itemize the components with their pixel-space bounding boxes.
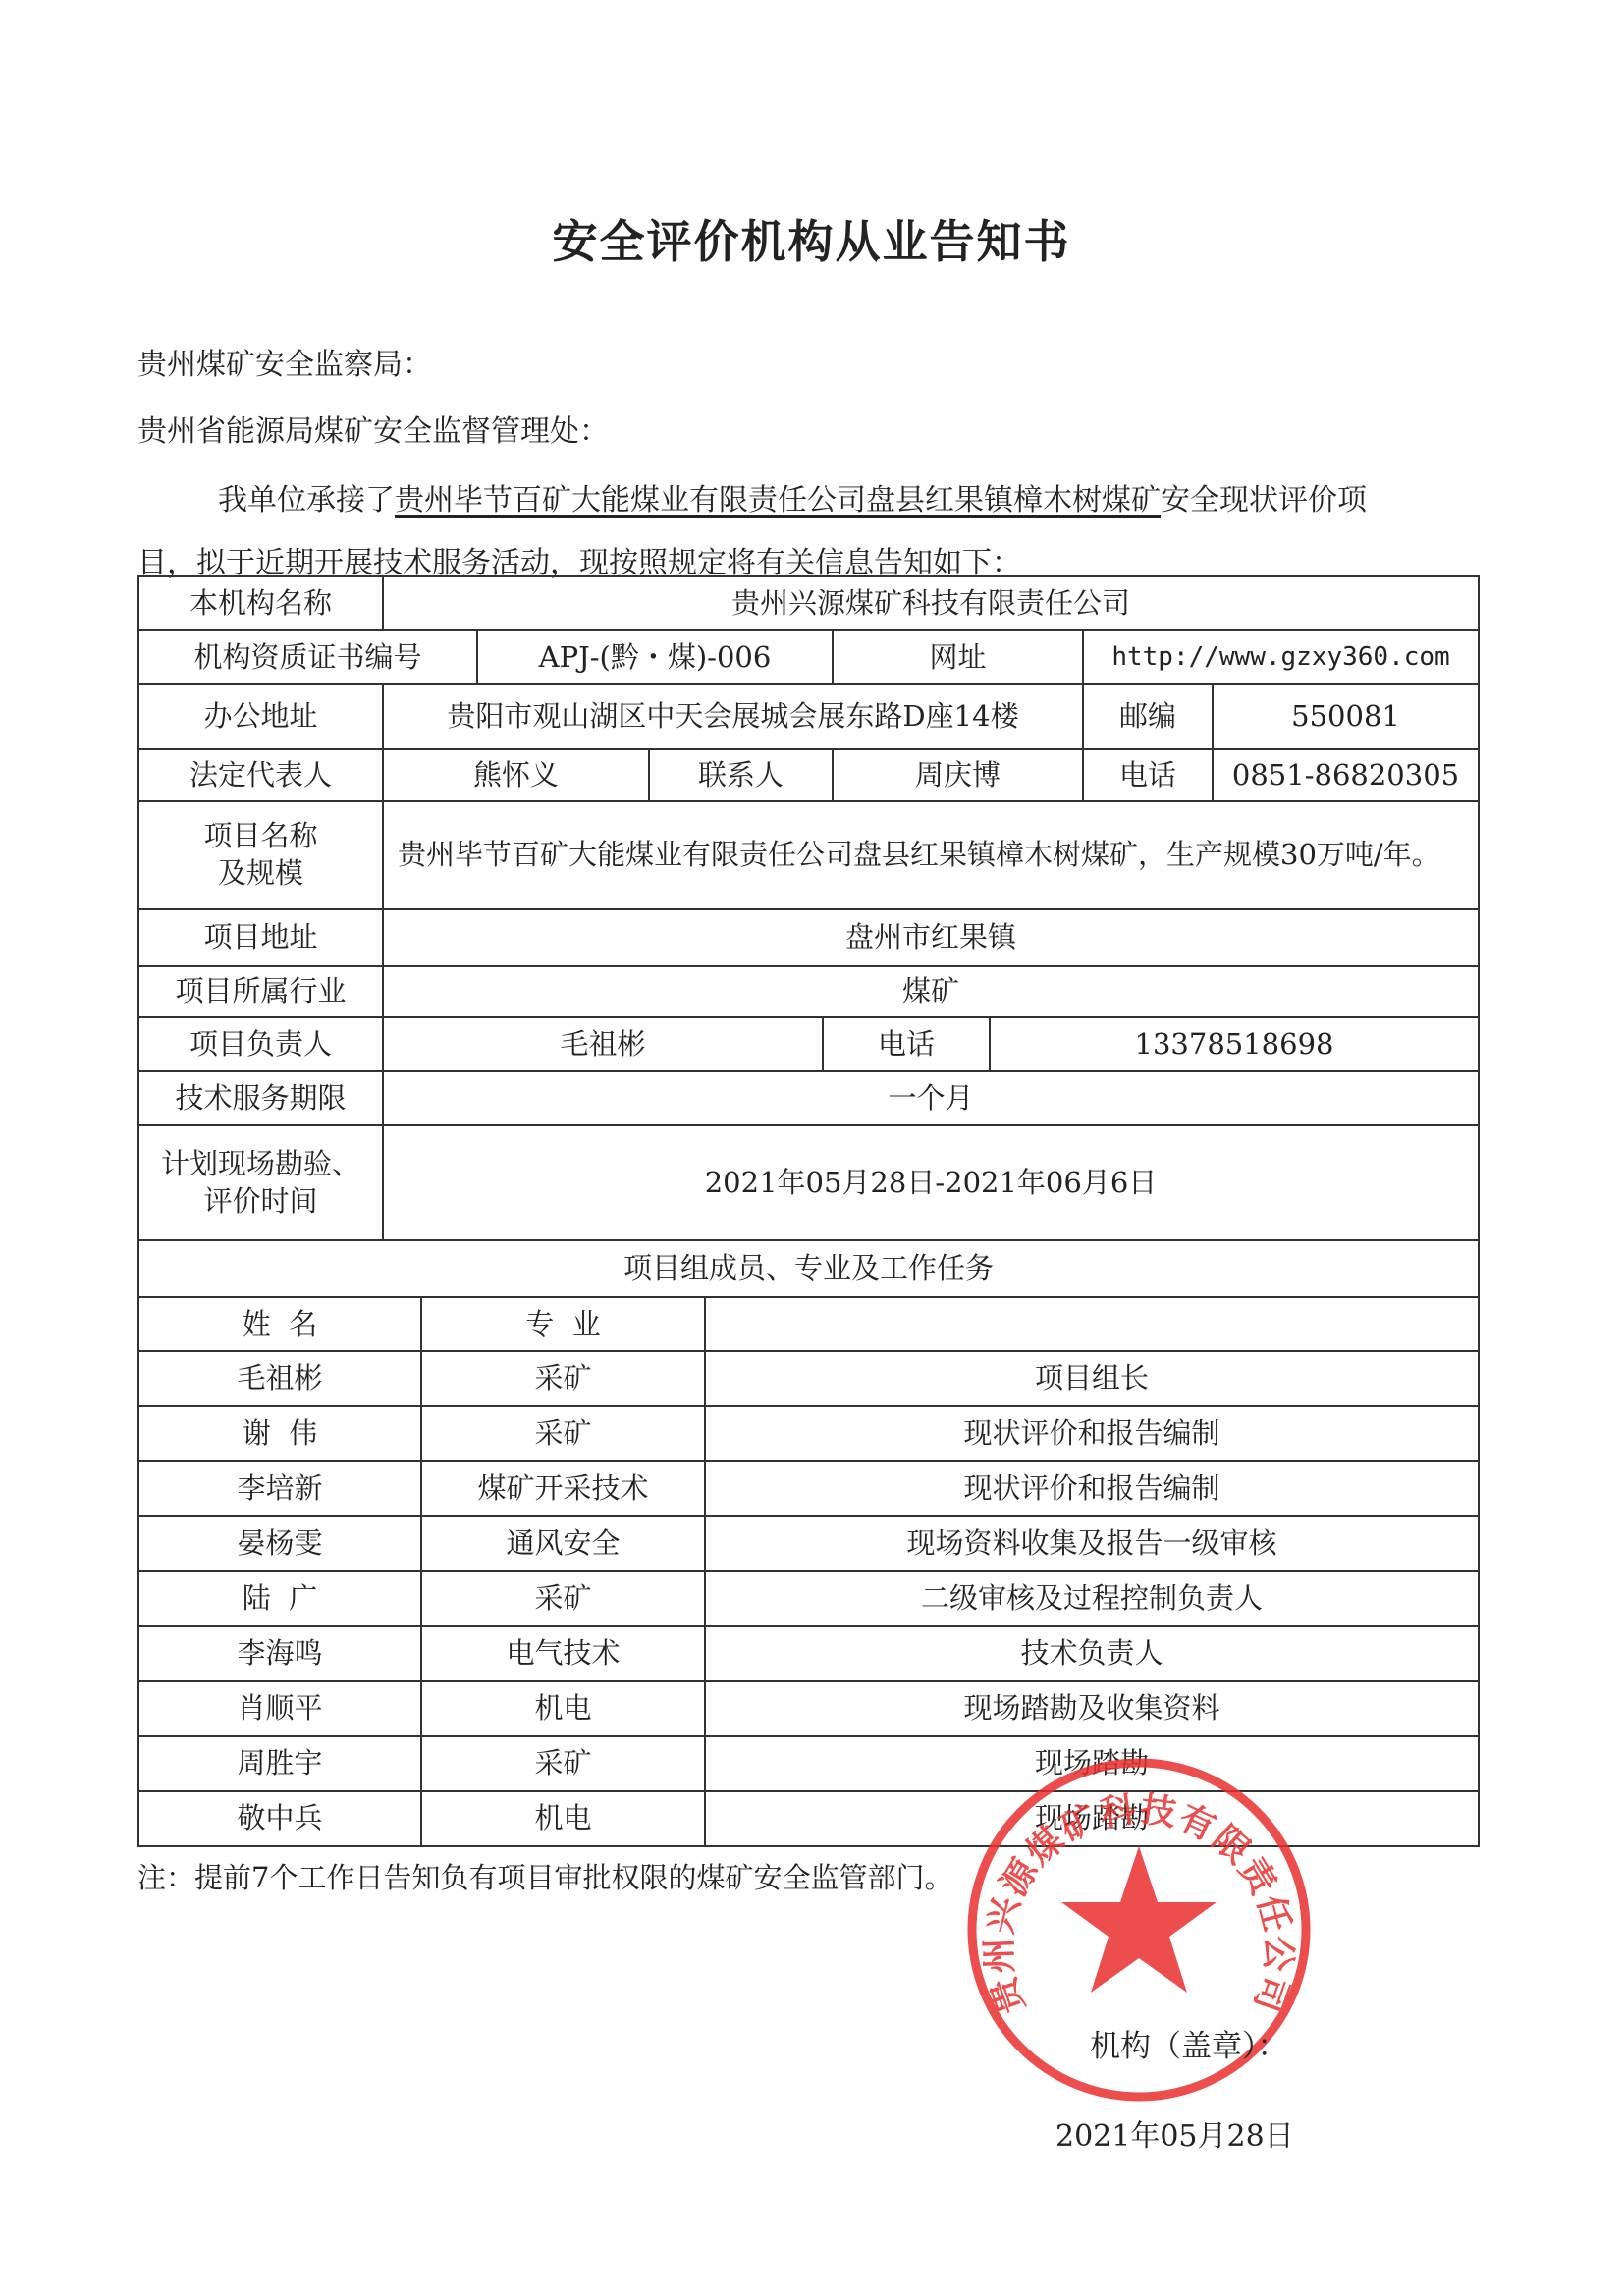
member-task: 技术负责人 bbox=[705, 1626, 1479, 1681]
member-specialty: 通风安全 bbox=[421, 1516, 705, 1571]
member-row: 李培新 煤矿开采技术 现状评价和报告编制 bbox=[138, 1461, 1479, 1516]
project-lead-value: 毛祖彬 bbox=[383, 1017, 823, 1071]
contact-label: 联系人 bbox=[649, 749, 833, 801]
member-name: 敬中兵 bbox=[138, 1791, 421, 1846]
member-specialty: 机电 bbox=[421, 1681, 705, 1736]
postcode-label: 邮编 bbox=[1083, 684, 1213, 749]
footnote: 注：提前7个工作日告知负有项目审批权限的煤矿安全监管部门。 bbox=[137, 1856, 952, 1896]
members-table: 姓 名 专 业 毛祖彬 采矿 项目组长 谢 伟 采矿 现状评价和报告编制 李培新… bbox=[137, 1296, 1480, 1847]
members-header-name: 姓 名 bbox=[138, 1297, 421, 1351]
member-task: 现场踏勘及收集资料 bbox=[705, 1681, 1479, 1736]
project-address-label: 项目地址 bbox=[138, 909, 383, 966]
document-title: 安全评价机构从业告知书 bbox=[0, 206, 1623, 271]
member-task: 现场资料收集及报告一级审核 bbox=[705, 1516, 1479, 1571]
member-task: 现状评价和报告编制 bbox=[705, 1406, 1479, 1461]
service-period-label: 技术服务期限 bbox=[138, 1071, 383, 1125]
member-row: 敬中兵 机电 现场踏勘 bbox=[138, 1791, 1479, 1846]
org-name-value: 贵州兴源煤矿科技有限责任公司 bbox=[383, 576, 1479, 630]
legal-rep-label: 法定代表人 bbox=[138, 749, 383, 801]
recipient-2: 贵州省能源局煤矿安全监督管理处： bbox=[137, 407, 609, 450]
intro-prefix: 我单位承接了 bbox=[218, 483, 395, 518]
office-label: 办公地址 bbox=[138, 684, 383, 749]
org-name-label: 本机构名称 bbox=[138, 576, 383, 630]
member-task: 项目组长 bbox=[705, 1351, 1479, 1406]
member-row: 周胜宇 采矿 现场踏勘 bbox=[138, 1736, 1479, 1791]
cert-value: APJ-(黔・煤)-006 bbox=[477, 630, 833, 684]
member-name: 毛祖彬 bbox=[138, 1351, 421, 1406]
member-row: 晏杨雯 通风安全 现场资料收集及报告一级审核 bbox=[138, 1516, 1479, 1571]
schedule-label-line2: 评价时间 bbox=[143, 1183, 378, 1221]
website-label: 网址 bbox=[833, 630, 1083, 684]
member-name: 肖顺平 bbox=[138, 1681, 421, 1736]
members-header-row: 姓 名 专 业 bbox=[138, 1297, 1479, 1351]
members-header-task bbox=[705, 1297, 1479, 1351]
project-name-label-line2: 及规模 bbox=[143, 855, 378, 893]
website-value: http://www.gzxy360.com bbox=[1083, 630, 1479, 684]
member-specialty: 电气技术 bbox=[421, 1626, 705, 1681]
member-specialty: 采矿 bbox=[421, 1351, 705, 1406]
phone-value: 0851-86820305 bbox=[1213, 749, 1479, 801]
project-name-value: 贵州毕节百矿大能煤业有限责任公司盘县红果镇樟木树煤矿，生产规模30万吨/年。 bbox=[383, 801, 1479, 909]
recipient-1: 贵州煤矿安全监察局： bbox=[137, 340, 432, 383]
service-period-value: 一个月 bbox=[383, 1071, 1479, 1125]
member-row: 毛祖彬 采矿 项目组长 bbox=[138, 1351, 1479, 1406]
member-row: 陆 广 采矿 二级审核及过程控制负责人 bbox=[138, 1571, 1479, 1626]
project-lead-table: 项目负责人 毛祖彬 电话 13378518698 技术服务期限 一个月 计划现场… bbox=[137, 1016, 1480, 1298]
phone-label: 电话 bbox=[1083, 749, 1213, 801]
member-name: 晏杨雯 bbox=[138, 1516, 421, 1571]
member-name: 谢 伟 bbox=[138, 1406, 421, 1461]
office-value: 贵阳市观山湖区中天会展城会展东路D座14楼 bbox=[383, 684, 1083, 749]
members-header-specialty: 专 业 bbox=[421, 1297, 705, 1351]
project-name-label-line1: 项目名称 bbox=[143, 818, 378, 855]
schedule-label: 计划现场勘验、 评价时间 bbox=[138, 1125, 383, 1240]
lead-phone-value: 13378518698 bbox=[990, 1017, 1479, 1071]
member-specialty: 采矿 bbox=[421, 1406, 705, 1461]
member-name: 李海鸣 bbox=[138, 1626, 421, 1681]
member-task: 现场踏勘 bbox=[705, 1791, 1479, 1846]
postcode-value: 550081 bbox=[1213, 684, 1479, 749]
schedule-value: 2021年05月28日-2021年06月6日 bbox=[383, 1125, 1479, 1240]
member-task: 现状评价和报告编制 bbox=[705, 1461, 1479, 1516]
member-specialty: 机电 bbox=[421, 1791, 705, 1846]
member-task: 二级审核及过程控制负责人 bbox=[705, 1571, 1479, 1626]
members-heading: 项目组成员、专业及工作任务 bbox=[138, 1240, 1479, 1297]
schedule-label-line1: 计划现场勘验、 bbox=[143, 1146, 378, 1183]
member-row: 谢 伟 采矿 现状评价和报告编制 bbox=[138, 1406, 1479, 1461]
lead-phone-label: 电话 bbox=[823, 1017, 990, 1071]
info-table: 本机构名称 贵州兴源煤矿科技有限责任公司 机构资质证书编号 APJ-(黔・煤)-… bbox=[137, 575, 1480, 1018]
project-name-label: 项目名称 及规模 bbox=[138, 801, 383, 909]
legal-rep-value: 熊怀义 bbox=[383, 749, 649, 801]
intro-line-1: 我单位承接了贵州毕节百矿大能煤业有限责任公司盘县红果镇樟木树煤矿安全现状评价项 bbox=[218, 475, 1367, 519]
member-specialty: 采矿 bbox=[421, 1736, 705, 1791]
cert-label: 机构资质证书编号 bbox=[138, 630, 477, 684]
intro-project-name: 贵州毕节百矿大能煤业有限责任公司盘县红果镇樟木树煤矿 bbox=[395, 483, 1161, 518]
signature-label: 机构（盖章）： bbox=[1090, 2021, 1288, 2065]
seal-star-icon bbox=[1061, 1846, 1217, 1993]
member-name: 周胜宇 bbox=[138, 1736, 421, 1791]
signature-date: 2021年05月28日 bbox=[1055, 2111, 1294, 2155]
project-lead-label: 项目负责人 bbox=[138, 1017, 383, 1071]
member-name: 陆 广 bbox=[138, 1571, 421, 1626]
member-row: 肖顺平 机电 现场踏勘及收集资料 bbox=[138, 1681, 1479, 1736]
member-specialty: 采矿 bbox=[421, 1571, 705, 1626]
member-task: 现场踏勘 bbox=[705, 1736, 1479, 1791]
contact-value: 周庆博 bbox=[833, 749, 1083, 801]
industry-label: 项目所属行业 bbox=[138, 966, 383, 1017]
intro-suffix: 安全现状评价项 bbox=[1161, 483, 1367, 518]
industry-value: 煤矿 bbox=[383, 966, 1479, 1017]
member-row: 李海鸣 电气技术 技术负责人 bbox=[138, 1626, 1479, 1681]
member-name: 李培新 bbox=[138, 1461, 421, 1516]
member-specialty: 煤矿开采技术 bbox=[421, 1461, 705, 1516]
project-address-value: 盘州市红果镇 bbox=[383, 909, 1479, 966]
